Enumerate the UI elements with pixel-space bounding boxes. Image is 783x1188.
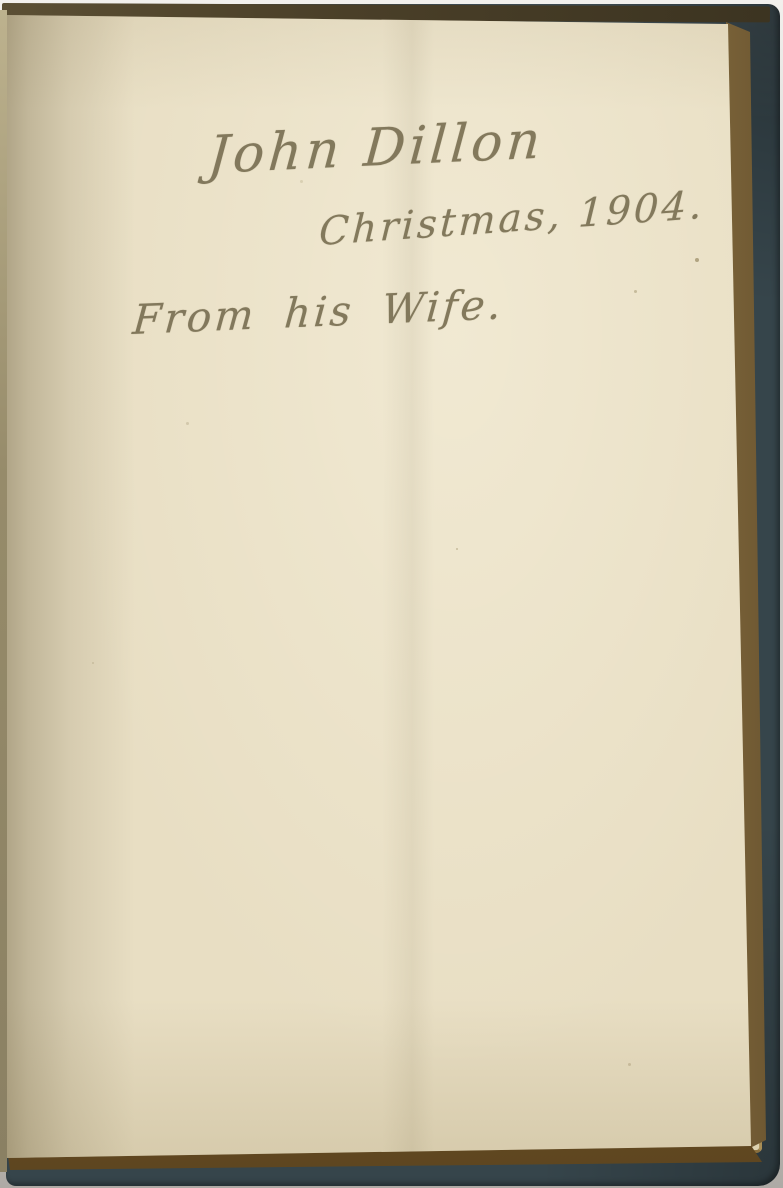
foxing-speck xyxy=(634,290,637,293)
inscription-date: Christmas, 1904. xyxy=(318,183,706,255)
foxing-speck xyxy=(300,180,303,183)
inscription-owner-name: John Dillon xyxy=(206,110,546,186)
foxing-speck xyxy=(186,422,189,425)
gutter-page-edge xyxy=(0,10,7,1172)
inscription-giver: From his Wife. xyxy=(131,280,506,344)
page-crease xyxy=(382,0,434,1188)
foxing-speck xyxy=(456,548,458,550)
foxing-speck xyxy=(628,1063,631,1066)
flyleaf-page: John Dillon Christmas, 1904. From his Wi… xyxy=(0,0,783,1188)
gutter-shadow xyxy=(0,0,140,1188)
book-photo: John Dillon Christmas, 1904. From his Wi… xyxy=(0,0,783,1188)
foxing-speck xyxy=(92,662,94,664)
foxing-speck xyxy=(695,258,699,262)
